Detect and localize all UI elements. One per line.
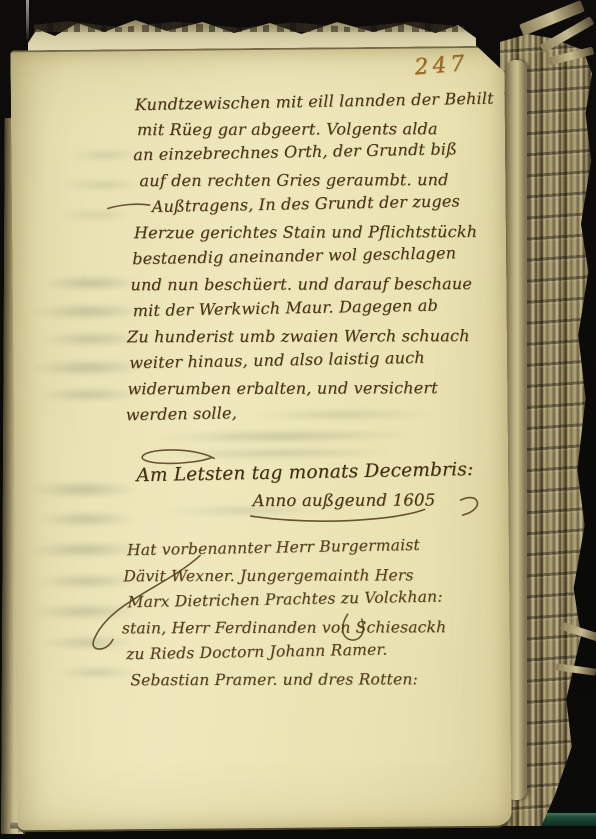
- manuscript-body-line: widerumben erbalten, und versichert: [127, 378, 437, 398]
- ink-bleedthrough: [154, 429, 414, 444]
- manuscript-body-line: weiter hinaus, und also laistig auch: [129, 348, 425, 372]
- manuscript-body-line: auf den rechten Gries geraumbt. und: [139, 170, 448, 190]
- date-end-flourish: [461, 498, 478, 516]
- background-highlight-line: [26, 0, 29, 42]
- closing-line: Hat vorbenannter Herr Burgermaist: [127, 536, 420, 559]
- manuscript-body-line: an einzebrechnes Orth, der Grundt biß: [133, 139, 457, 164]
- manuscript-body-line: Herzue gerichtes Stain und Pflichtstückh: [134, 222, 477, 242]
- dateline-line: Am Letsten tag monats Decembris:: [136, 459, 473, 486]
- manuscript-body-line: Kundtzewischen mit eill lannden der Behi…: [135, 89, 494, 115]
- ink-bleedthrough: [42, 275, 138, 291]
- ink-bleedthrough: [39, 511, 135, 527]
- ink-bleedthrough: [33, 303, 143, 320]
- manuscript-body-line: und nun beschüert. und darauf beschaue: [130, 274, 472, 294]
- underlying-page-torn-debris: [34, 20, 464, 32]
- manuscript-body-line: Zu hunderist umb zwaien Werch schuach: [127, 326, 470, 346]
- closing-line: Sebastian Pramer. und dres Rotten:: [130, 670, 418, 689]
- ink-bleedthrough: [30, 481, 136, 498]
- archive-photo: 247 Kundtzewischen mit eill lannden der …: [0, 0, 596, 839]
- dateline-line: Anno außgeund 1605: [253, 490, 436, 510]
- ink-bleedthrough: [254, 408, 434, 421]
- ink-bleedthrough: [32, 603, 138, 620]
- manuscript-body-line: mit der Werkwich Maur. Dagegen ab: [133, 296, 439, 321]
- manuscript-body-line: mit Rüeg gar abgeert. Volgents alda: [137, 119, 438, 139]
- ink-bleedthrough: [164, 447, 394, 460]
- manuscript-page: 247 Kundtzewischen mit eill lannden der …: [10, 46, 511, 833]
- manuscript-body-line: bestaendig aneinander wol geschlagen: [132, 243, 456, 268]
- manuscript-body-line: werden solle,: [126, 403, 237, 424]
- folio-number: 247: [414, 51, 470, 80]
- ink-bleedthrough: [31, 359, 143, 376]
- ink-bleedthrough: [60, 209, 132, 221]
- ink-bleedthrough: [40, 387, 138, 402]
- closing-line: Marx Dietrichen Prachtes zu Volckhan:: [127, 588, 442, 612]
- ink-bleedthrough: [56, 666, 136, 679]
- closing-line: Dävit Wexner. Jungergemainth Hers: [123, 566, 413, 585]
- ink-bleedthrough: [29, 541, 139, 558]
- ink-bleedthrough: [69, 149, 141, 161]
- closing-line: zu Rieds Doctorn Johann Ramer.: [126, 641, 388, 664]
- manuscript-body-line: Außtragens, In des Grundt der zuges: [152, 191, 460, 216]
- ink-bleedthrough: [64, 179, 142, 191]
- ink-bleedthrough: [42, 635, 134, 650]
- closing-line: stain, Herr Ferdinanden von Schiesackh: [122, 618, 447, 637]
- margin-dash-flourish: [108, 204, 150, 208]
